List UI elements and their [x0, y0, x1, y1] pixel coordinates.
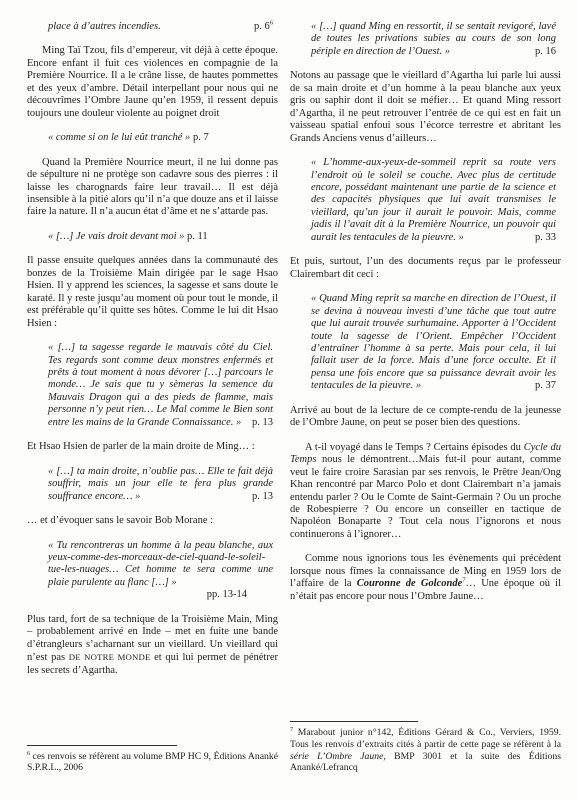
quote-block: « […] ta sagesse regarde le mauvais côté…	[48, 342, 273, 429]
text-run: « […] ta sagesse regarde le mauvais côté…	[48, 342, 273, 428]
paragraph: Plus tard, fort de sa technique de la Tr…	[27, 614, 278, 677]
footnote-6: 6 ces renvois se réfèrent au volume BMP …	[27, 751, 278, 774]
text-run: A t-il voyagé dans le Temps ? Certains é…	[305, 442, 524, 453]
paragraph: Il passe ensuite quelques années dans la…	[27, 255, 278, 330]
page-reference: pp. 13-14	[48, 589, 273, 601]
right-column: « […] quand Ming en ressortit, il se sen…	[290, 21, 561, 774]
footnote-separator	[27, 745, 177, 746]
quote-block: « […] quand Ming en ressortit, il se sen…	[311, 21, 556, 58]
page-reference: p. 37	[535, 380, 556, 392]
text-run: « Quand Ming reprit sa marche en directi…	[311, 293, 556, 391]
text-run: … et d’évoquer sans le savoir Bob Morane…	[27, 515, 213, 526]
paragraph: Ming Taï Tzou, fils d’empereur, vit déjà…	[27, 45, 278, 120]
paragraph: Et Hsao Hsien de parler de la main droit…	[27, 441, 278, 453]
page-reference: p. 13	[252, 417, 273, 429]
text-run: Et puis, surtout, l’un des documents reç…	[290, 256, 561, 279]
page-reference: p. 33	[535, 232, 556, 244]
text-run: Il passe ensuite quelques années dans la…	[27, 255, 278, 328]
text-run: « comme si on le lui eût tranché »	[48, 132, 190, 143]
page-reference: p. 13	[252, 491, 273, 503]
paragraph: … et d’évoquer sans le savoir Bob Morane…	[27, 515, 278, 527]
text-run: « […] Je vais droit devant moi »	[48, 231, 184, 242]
text-run: Notons au passage que le vieillard d’Aga…	[290, 70, 561, 143]
page-reference: p. 66	[254, 21, 273, 33]
text-run: nous le démontrent…Mais fut-il pour auta…	[290, 454, 561, 540]
text-run: Marabout junior n°142, Éditions Gérard &…	[290, 727, 561, 750]
text-run: série L’Ombre Jaune	[290, 751, 383, 762]
paragraph: Arrivé au bout de la lecture de ce compt…	[290, 405, 561, 430]
footnote-7: 7 Marabout junior n°142, Éditions Gérard…	[290, 727, 561, 774]
left-footnotes: 6 ces renvois se réfèrent au volume BMP …	[27, 745, 278, 774]
text-run: ces renvois se réfèrent au volume BMP HC…	[27, 751, 278, 774]
paragraph: Comme nous ignorions tous les évènements…	[290, 553, 561, 603]
text-run: Quand la Première Nourrice meurt, il ne …	[27, 157, 278, 218]
left-column: place à d’autres incendies.p. 66Ming Taï…	[27, 21, 278, 774]
text-run: « Tu rencontreras un homme à la peau bla…	[48, 540, 273, 588]
quote-block: « Tu rencontreras un homme à la peau bla…	[48, 540, 273, 602]
document-page: place à d’autres incendies.p. 66Ming Taï…	[0, 0, 578, 800]
text-run: place à d’autres incendies.	[48, 21, 161, 32]
right-column-text: « […] quand Ming en ressortit, il se sen…	[290, 21, 561, 615]
paragraph: A t-il voyagé dans le Temps ? Certains é…	[290, 442, 561, 542]
paragraph: Notons au passage que le vieillard d’Aga…	[290, 70, 561, 145]
text-run: « […] quand Ming en ressortit, il se sen…	[311, 21, 556, 57]
quote-block: « […] ta main droite, n’oublie pas… Elle…	[48, 466, 273, 503]
quote-block: « […] Je vais droit devant moi » p. 11	[48, 231, 273, 243]
text-run: « L’homme-aux-yeux-de-sommeil reprit sa …	[311, 157, 556, 243]
quote-block: « Quand Ming reprit sa marche en directi…	[311, 293, 556, 393]
footnote-separator	[290, 721, 418, 722]
text-run: Couronne de Golconde	[357, 578, 463, 589]
text-run: « […] ta main droite, n’oublie pas… Elle…	[48, 466, 273, 502]
page-reference: p. 7	[193, 132, 209, 143]
page-reference: p. 16	[535, 46, 556, 58]
paragraph: Et puis, surtout, l’un des documents reç…	[290, 256, 561, 281]
paragraph: Quand la Première Nourrice meurt, il ne …	[27, 157, 278, 219]
quote-block: place à d’autres incendies.p. 66	[48, 21, 273, 33]
footnote-marker: 6	[270, 20, 273, 27]
quote-block: « comme si on le lui eût tranché » p. 7	[48, 132, 273, 144]
text-run: Ming Taï Tzou, fils d’empereur, vit déjà…	[27, 45, 278, 118]
quote-block: « L’homme-aux-yeux-de-sommeil reprit sa …	[311, 157, 556, 244]
page-reference: p. 11	[187, 231, 208, 242]
left-column-text: place à d’autres incendies.p. 66Ming Taï…	[27, 21, 278, 689]
right-footnotes: 7 Marabout junior n°142, Éditions Gérard…	[290, 721, 561, 774]
text-run: Arrivé au bout de la lecture de ce compt…	[290, 405, 561, 428]
text-run: DE NOTRE MONDE	[69, 652, 151, 662]
text-run: Et Hsao Hsien de parler de la main droit…	[27, 441, 255, 452]
